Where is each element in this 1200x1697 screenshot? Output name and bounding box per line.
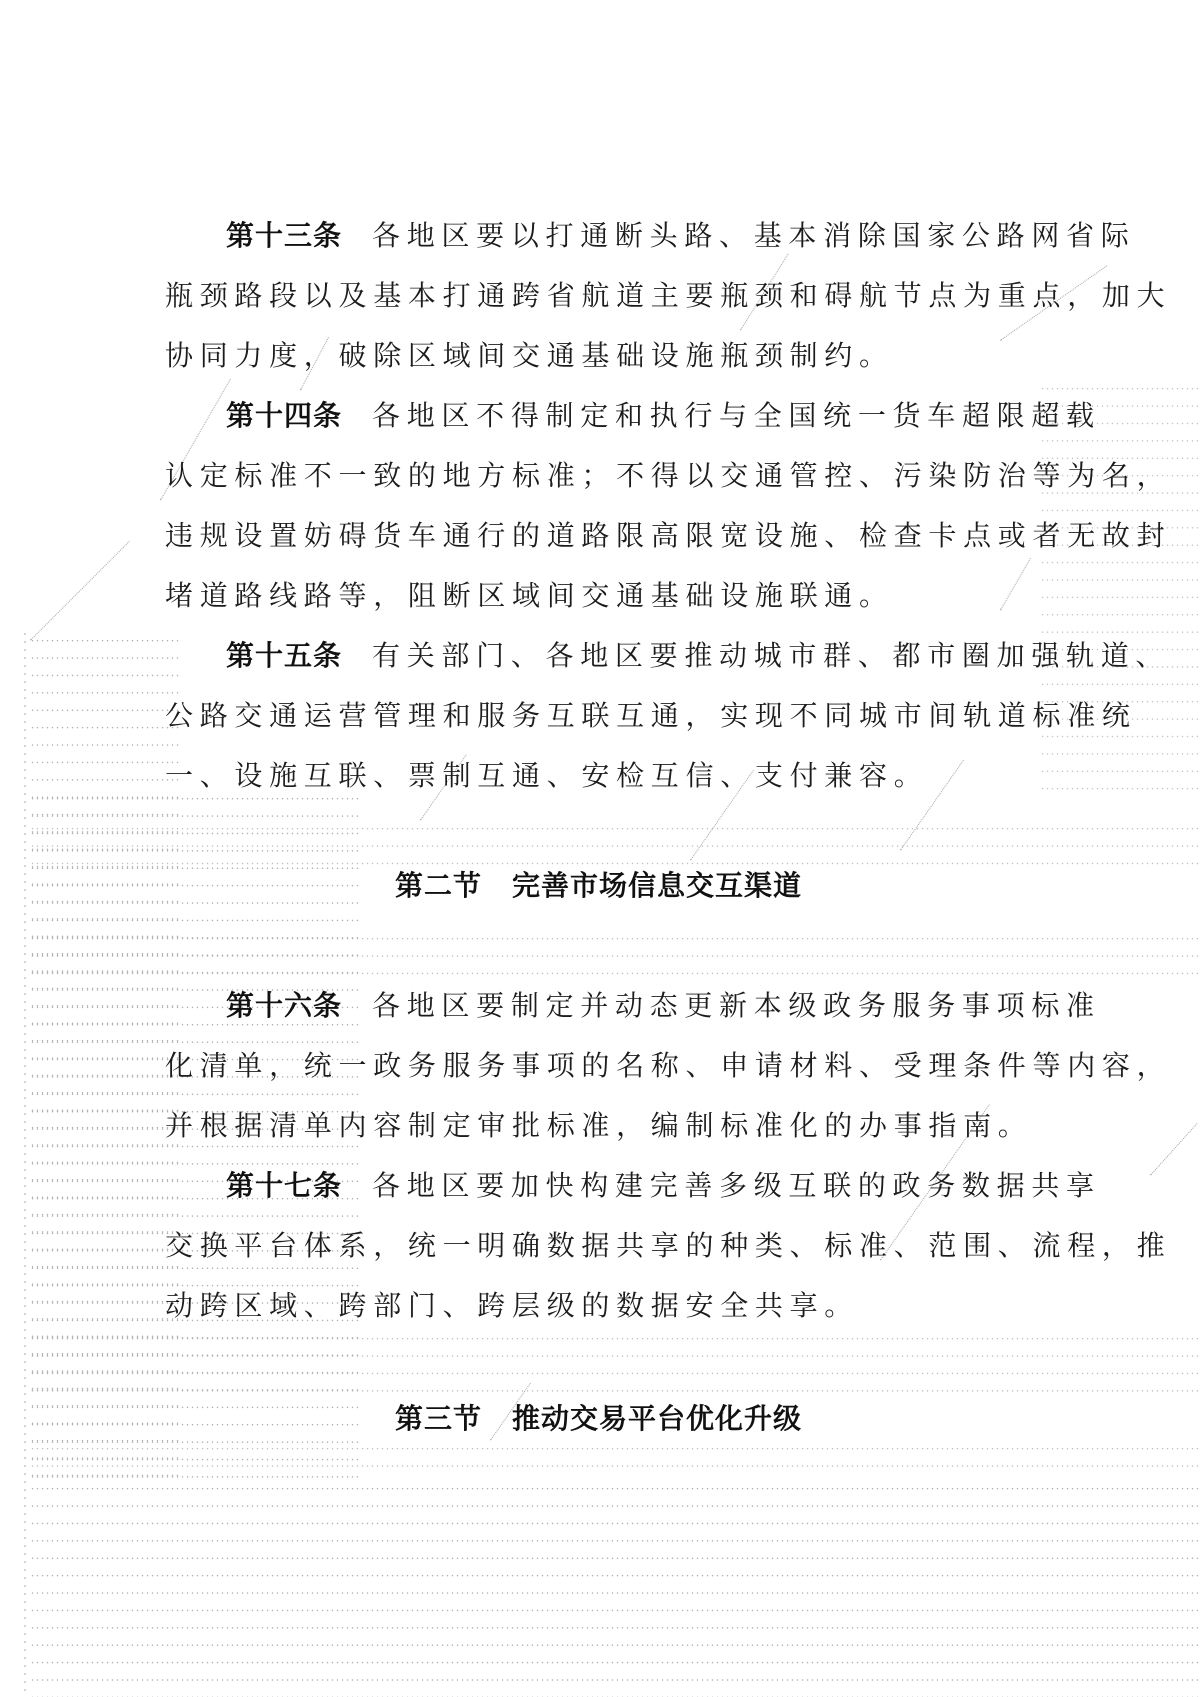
section-number: 第三节 xyxy=(395,1402,482,1435)
article-16-line-3: 并根据清单内容制定审批标准，编制标准化的办事指南。 xyxy=(165,1106,1033,1146)
article-text: 有关部门、各地区要推动城市群、都市圈加强轨道、 xyxy=(372,639,1170,672)
article-text: 各地区要加快构建完善多级互联的政务数据共享 xyxy=(372,1169,1101,1202)
article-15-line-3: 一、设施互联、票制互通、安检互信、支付兼容。 xyxy=(165,756,928,796)
article-label: 第十六条 xyxy=(226,989,342,1022)
section-heading-2: 第二节完善市场信息交互渠道 xyxy=(0,866,1197,906)
article-17-line-1: 第十七条各地区要加快构建完善多级互联的政务数据共享 xyxy=(226,1166,1101,1206)
section-heading-3: 第三节推动交易平台优化升级 xyxy=(0,1399,1197,1439)
scan-artifact-diagonal xyxy=(30,541,130,641)
scan-artifact-dotted-lines xyxy=(30,1330,1200,1400)
scan-artifact-dotted-lines xyxy=(30,632,180,1492)
article-label: 第十四条 xyxy=(226,399,342,432)
article-14-line-2: 认定标准不一致的地方标准；不得以交通管控、污染防治等为名， xyxy=(165,456,1171,496)
article-label: 第十三条 xyxy=(226,219,342,252)
article-13-line-2: 瓶颈路段以及基本打通跨省航道主要瓶颈和碍航节点为重点，加大 xyxy=(165,276,1171,316)
scan-artifact-dotted-lines xyxy=(1040,380,1200,800)
article-15-line-2: 公路交通运营管理和服务互联互通，实现不同城市间轨道标准统 xyxy=(165,696,1137,736)
scan-artifact-diagonal xyxy=(1000,558,1031,610)
scan-artifact-dotted-lines xyxy=(30,1480,1200,1697)
scan-artifact-dotted-lines xyxy=(30,930,1200,982)
section-title: 完善市场信息交互渠道 xyxy=(512,869,802,902)
document-page: 第十三条各地区要以打通断头路、基本消除国家公路网省际 瓶颈路段以及基本打通跨省航… xyxy=(0,0,1200,1697)
article-13-line-1: 第十三条各地区要以打通断头路、基本消除国家公路网省际 xyxy=(226,216,1135,256)
article-16-line-1: 第十六条各地区要制定并动态更新本级政务服务事项标准 xyxy=(226,986,1101,1026)
scan-artifact-diagonal xyxy=(1150,1123,1198,1176)
article-17-line-2: 交换平台体系，统一明确数据共享的种类、标准、范围、流程，推 xyxy=(165,1226,1171,1266)
article-14-line-4: 堵道路线路等，阻断区域间交通基础设施联通。 xyxy=(165,576,894,616)
article-13-line-3: 协同力度，破除区域间交通基础设施瓶颈制约。 xyxy=(165,336,894,376)
article-16-line-2: 化清单，统一政务服务事项的名称、申请材料、受理条件等内容， xyxy=(165,1046,1171,1086)
article-text: 各地区不得制定和执行与全国统一货车超限超载 xyxy=(372,399,1101,432)
article-14-line-3: 违规设置妨碍货车通行的道路限高限宽设施、检查卡点或者无故封 xyxy=(165,516,1171,556)
scan-artifact-vertical-dotted-line xyxy=(24,630,26,1697)
section-number: 第二节 xyxy=(395,869,482,902)
scan-artifact-dotted-lines xyxy=(30,1440,1200,1480)
article-label: 第十七条 xyxy=(226,1169,342,1202)
article-15-line-1: 第十五条有关部门、各地区要推动城市群、都市圈加强轨道、 xyxy=(226,636,1170,676)
article-label: 第十五条 xyxy=(226,639,342,672)
article-17-line-3: 动跨区域、跨部门、跨层级的数据安全共享。 xyxy=(165,1286,859,1326)
article-text: 各地区要制定并动态更新本级政务服务事项标准 xyxy=(372,989,1101,1022)
section-title: 推动交易平台优化升级 xyxy=(512,1402,802,1435)
article-text: 各地区要以打通断头路、基本消除国家公路网省际 xyxy=(372,219,1135,252)
article-14-line-1: 第十四条各地区不得制定和执行与全国统一货车超限超载 xyxy=(226,396,1101,436)
